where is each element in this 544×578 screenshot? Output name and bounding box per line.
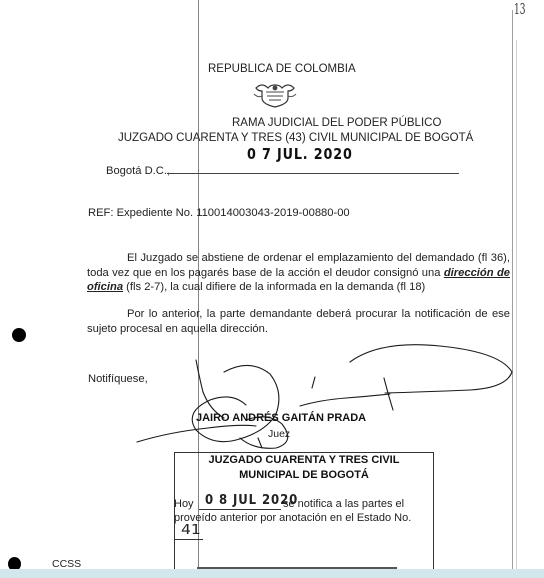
- stamp-text-line-2: proveído anterior por anotación en el Es…: [174, 511, 411, 525]
- signatory-name: JAIRO ANDRÉS GAITÁN PRADA: [196, 412, 366, 424]
- stamp-estado-number: 41: [181, 523, 201, 538]
- scanned-court-order-page: 13 REPUBLICA DE COLOMBIA RAMA JUDICIAL D…: [0, 0, 544, 578]
- stamp-hoy-label: Hoy: [174, 497, 194, 511]
- notification-stamp: JUZGADO CUARENTA Y TRES CIVIL MUNICIPAL …: [174, 452, 434, 578]
- signatory-title: Juez: [268, 427, 290, 441]
- stamp-date-underline: [199, 509, 281, 510]
- stamp-title-line-1: JUZGADO CUARENTA Y TRES CIVIL: [175, 454, 433, 466]
- viewer-bottom-bar: [0, 569, 544, 578]
- stamp-title-line-2: MUNICIPAL DE BOGOTÁ: [175, 469, 433, 481]
- stamp-text-after-date: se notifica a las partes el: [283, 497, 404, 511]
- stamp-estado-underline: [175, 539, 203, 540]
